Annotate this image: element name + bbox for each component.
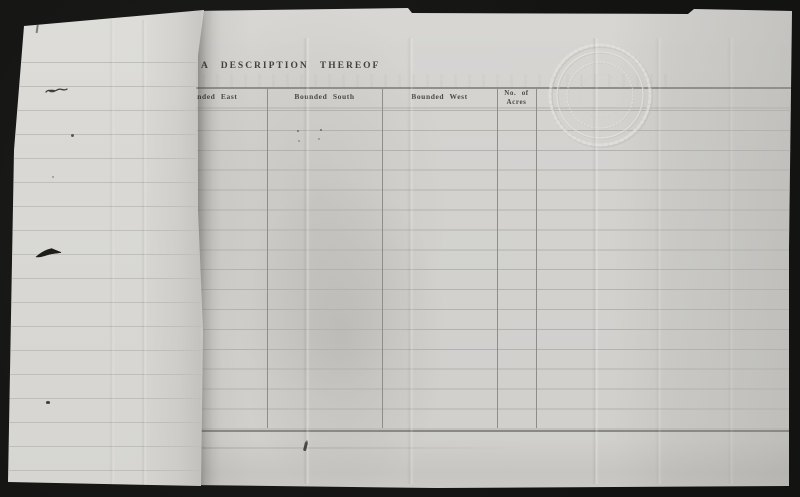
fold-crease	[303, 38, 310, 484]
column-header-bounded-west: Bounded West	[382, 92, 497, 101]
ink-speck-bottom	[46, 401, 50, 404]
pencil-mark	[318, 138, 320, 140]
pencil-mark	[298, 140, 300, 142]
table-column-line-3	[497, 87, 498, 428]
fold-crease	[109, 20, 115, 487]
table-row-lines	[192, 87, 792, 432]
ink-blot	[35, 246, 63, 262]
acres-label-line2: Acres	[497, 98, 536, 107]
ruled-lines	[0, 62, 212, 477]
ledger-table-page: A DESCRIPTION THEREOF Bounded East Bound…	[192, 8, 792, 488]
pencil-mark	[297, 130, 299, 132]
column-header-bounded-south: Bounded South	[267, 92, 382, 101]
fold-crease	[592, 38, 599, 484]
lined-paper-page	[0, 0, 212, 497]
page-heading: A DESCRIPTION THEREOF	[201, 61, 531, 71]
fold-crease	[141, 20, 147, 487]
table-column-line-2	[382, 87, 383, 428]
ink-scratch-top-left	[36, 13, 40, 33]
horizontal-crease	[192, 447, 522, 449]
fold-crease	[407, 38, 414, 484]
faint-dot	[52, 176, 54, 178]
ink-squiggle	[44, 85, 70, 97]
scanned-document-background: A DESCRIPTION THEREOF Bounded East Bound…	[0, 0, 800, 497]
acres-label-line1: No. of	[497, 89, 536, 98]
ink-dot	[71, 134, 74, 137]
pencil-mark	[320, 129, 322, 131]
fold-crease	[727, 38, 734, 484]
fold-crease	[655, 38, 662, 484]
table-column-line-4	[536, 87, 537, 428]
embossed-seal	[541, 36, 661, 156]
column-header-no-of-acres: No. of Acres	[497, 89, 536, 106]
table-column-line-1	[267, 87, 268, 428]
